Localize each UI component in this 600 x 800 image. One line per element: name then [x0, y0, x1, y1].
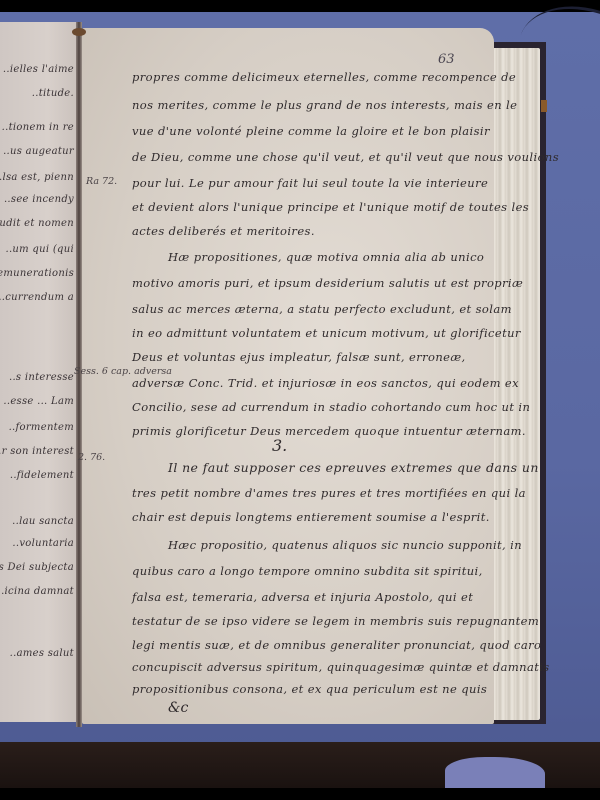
- left-fragment: ..voluntaria: [12, 538, 74, 549]
- left-fragment: ..currendum a: [0, 292, 74, 303]
- manuscript-line: falsa est, temeraria, adversa et injuria…: [132, 590, 473, 604]
- manuscript-line: et devient alors l'unique principe et l'…: [132, 200, 529, 214]
- manuscript-line: actes deliberés et meritoires.: [132, 224, 315, 238]
- manuscript-line: quibus caro a longo tempore omnino subdi…: [132, 564, 483, 578]
- left-fragment: ..tionem in re: [2, 122, 74, 133]
- catchword-flourish: &c: [168, 700, 188, 716]
- left-fragment: ..r son interest: [0, 446, 74, 457]
- manuscript-line: motivo amoris puri, et ipsum desiderium …: [132, 276, 523, 290]
- margin-note: 2. 76.: [78, 452, 105, 463]
- manuscript-line: in eo admittunt voluntatem et unicum mot…: [132, 326, 521, 340]
- page-number: 63: [438, 52, 455, 67]
- manuscript-line: vue d'une volonté pleine comme la gloire…: [132, 124, 490, 138]
- manuscript-line: tres petit nombre d'ames tres pures et t…: [132, 486, 526, 500]
- bottom-black-bar: [0, 788, 600, 800]
- manuscript-line: Il ne faut supposer ces epreuves extreme…: [168, 460, 539, 475]
- cover-tab: [541, 100, 547, 112]
- left-page: ..ielles l'aime ..titude. ..tionem in re…: [0, 22, 80, 722]
- manuscript-line: Hæ propositiones, quæ motiva omnia alia …: [168, 250, 484, 264]
- left-fragment: ..um qui (qui: [5, 244, 74, 255]
- left-fragment: ..remunerationis: [0, 268, 74, 279]
- left-fragment: ..lau sancta: [12, 516, 74, 527]
- spine-bookmark: [72, 28, 86, 36]
- left-fragment: ..es Dei subjecta: [0, 562, 74, 573]
- manuscript-line: propositionibus consona, et ex qua peric…: [132, 682, 487, 696]
- left-fragment: ..fidelement: [10, 470, 74, 481]
- manuscript-line: chair est depuis longtems entierement so…: [132, 510, 490, 524]
- left-fragment: ..see incendy: [4, 194, 74, 205]
- left-fragment: ..titude.: [32, 88, 74, 99]
- left-fragment: ..lsa est, pienn: [0, 172, 74, 183]
- manuscript-line: de Dieu, comme une chose qu'il veut, et …: [132, 150, 559, 164]
- manuscript-line: pour lui. Le pur amour fait lui seul tou…: [132, 176, 488, 190]
- left-fragment: ..esse ... Lam: [3, 396, 74, 407]
- manuscript-line: primis glorificetur Deus mercedem quoque…: [132, 424, 526, 438]
- section-marker: 3.: [272, 436, 287, 455]
- manuscript-line: adversæ Conc. Trid. et injuriosæ in eos …: [132, 376, 519, 390]
- manuscript-line: salus ac merces æterna, a statu perfecto…: [132, 302, 512, 316]
- manuscript-line: Concilio, sese ad currendum in stadio co…: [132, 400, 530, 414]
- left-fragment: ..ielles l'aime: [3, 64, 74, 75]
- manuscript-line: nos merites, comme le plus grand de nos …: [132, 98, 517, 112]
- cloth-fold: [445, 757, 545, 791]
- manuscript-line: propres comme delicimeux eternelles, com…: [132, 70, 516, 84]
- left-fragment: ..cludit et nomen: [0, 218, 74, 229]
- left-fragment: ..us augeatur: [3, 146, 74, 157]
- manuscript-line: Deus et voluntas ejus impleatur, falsæ s…: [132, 350, 466, 364]
- manuscript-line: Hæc propositio, quatenus aliquos sic nun…: [168, 538, 522, 552]
- margin-note: Ra 72.: [86, 176, 117, 187]
- left-fragment: ..formentem: [9, 422, 74, 433]
- manuscript-line: testatur de se ipso videre se legem in m…: [132, 614, 539, 628]
- manuscript-line: concupiscit adversus spiritum, quinquage…: [132, 660, 550, 674]
- manuscript-line: legi mentis suæ, et de omnibus generalit…: [132, 638, 541, 652]
- left-fragment: ..icina damnat: [0, 586, 74, 597]
- left-fragment: ..ames salut: [10, 648, 74, 659]
- left-fragment: ..s interesse: [9, 372, 74, 383]
- top-black-bar: [0, 0, 600, 12]
